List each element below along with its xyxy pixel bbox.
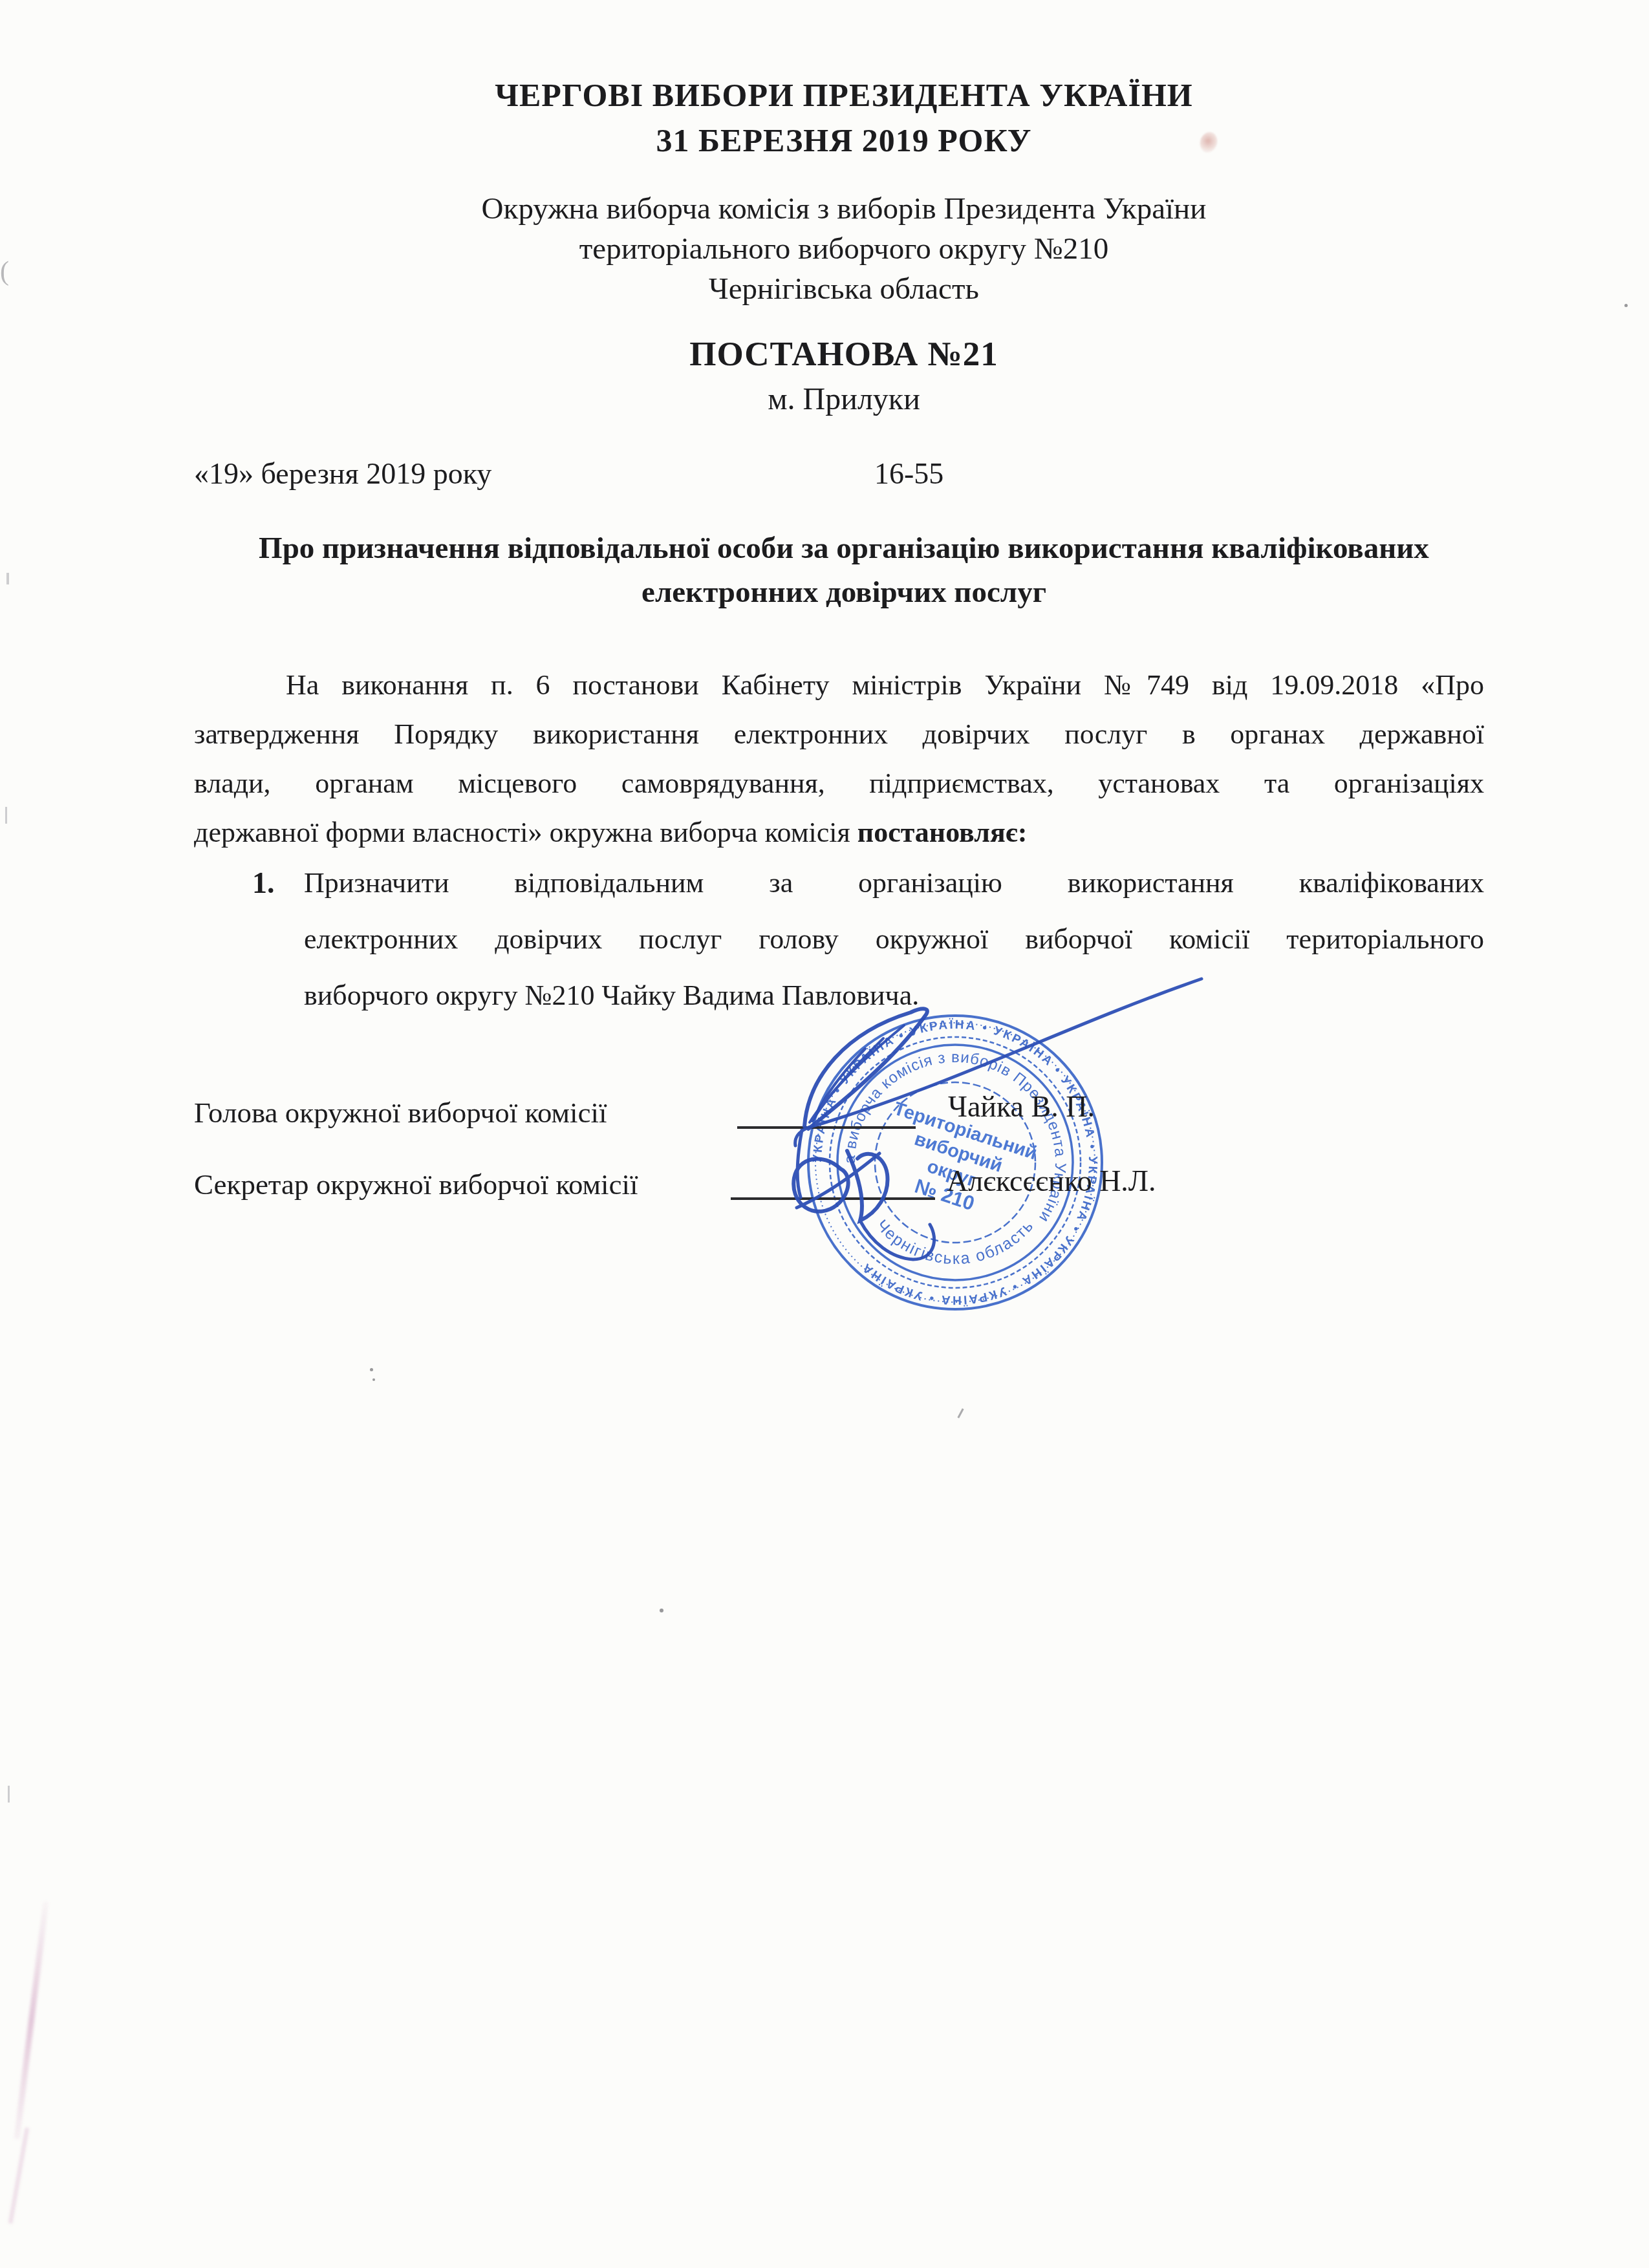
item-number: 1.: [252, 855, 304, 1023]
paragraph-last-bold: постановляє:: [857, 817, 1028, 848]
paragraph-last-plain: державної форми власності» окружна вибор…: [194, 817, 857, 848]
signature-head-stroke: [797, 1130, 802, 1197]
signature-line-head: [737, 1126, 916, 1129]
item-line: Призначити відповідальним за організацію…: [304, 855, 1484, 911]
document-title: ПОСТАНОВА №21: [194, 335, 1494, 374]
body-paragraph: На виконання п. 6 постанови Кабінету мін…: [194, 661, 1484, 857]
paragraph-line: затвердження Порядку використання електр…: [194, 710, 1484, 759]
scan-artifact-speck: [660, 1609, 663, 1612]
signature-role-secretary: Секретар окружної виборчої комісії: [194, 1168, 638, 1201]
signature-role-head: Голова окружної виборчої комісії: [194, 1096, 607, 1129]
signature-line-secretary: [731, 1197, 935, 1200]
item-line-last: виборчого округу №210 Чайку Вадима Павло…: [304, 967, 1484, 1023]
scan-artifact-speck: [1624, 304, 1628, 307]
paragraph-line: На виконання п. 6 постанови Кабінету мін…: [194, 661, 1484, 710]
commission-name-line3: Чернігівська область: [194, 269, 1494, 309]
scanned-resolution-page: ЧЕРГОВІ ВИБОРИ ПРЕЗИДЕНТА УКРАЇНИ 31 БЕР…: [0, 0, 1649, 2268]
scan-artifact-pink-streak: [8, 2128, 29, 2224]
commission-name: Окружна виборча комісія з виборів Презид…: [194, 189, 1494, 309]
resolution-item-1: 1. Призначити відповідальним за організа…: [252, 855, 1484, 1023]
paragraph-line-last: державної форми власності» окружна вибор…: [194, 808, 1484, 857]
time-number: 16-55: [874, 456, 943, 491]
scan-artifact-tick: [6, 573, 9, 584]
scan-artifact-tick: [8, 1786, 10, 1803]
date-line: «19» березня 2019 року: [194, 456, 491, 491]
official-stamp: УКРАЇНА • УКРАЇНА • УКРАЇНА • УКРАЇНА • …: [806, 1014, 1104, 1311]
scan-artifact-speck: [370, 1368, 373, 1371]
election-title: ЧЕРГОВІ ВИБОРИ ПРЕЗИДЕНТА УКРАЇНИ 31 БЕР…: [194, 72, 1494, 163]
item-line: електронних довірчих послуг голову окруж…: [304, 911, 1484, 967]
election-title-line1: ЧЕРГОВІ ВИБОРИ ПРЕЗИДЕНТА УКРАЇНИ: [194, 72, 1494, 118]
election-title-line2: 31 БЕРЕЗНЯ 2019 РОКУ: [194, 118, 1494, 163]
item-text: Призначити відповідальним за організацію…: [304, 855, 1484, 1023]
scan-artifact-pink-streak: [14, 1901, 48, 2139]
scan-artifact-slash: [957, 1408, 964, 1418]
subject-line2: електронних довірчих послуг: [194, 570, 1494, 614]
scan-artifact-speck: [372, 1378, 375, 1381]
signature-name-secretary: Алєксєєнко Н.Л.: [947, 1164, 1156, 1198]
signature-name-head: Чайка В. П.: [948, 1089, 1095, 1124]
commission-name-line1: Окружна виборча комісія з виборів Презид…: [194, 189, 1494, 229]
subject-line1: Про призначення відповідальної особи за …: [194, 526, 1494, 570]
subject-heading: Про призначення відповідальної особи за …: [194, 526, 1494, 614]
commission-name-line2: територіального виборчого округу №210: [194, 229, 1494, 269]
place-line: м. Прилуки: [194, 381, 1494, 417]
scan-artifact-margin-mark: (: [0, 256, 9, 287]
scan-artifact-tick: [5, 807, 7, 824]
paragraph-line: влади, органам місцевого самоврядування,…: [194, 759, 1484, 808]
